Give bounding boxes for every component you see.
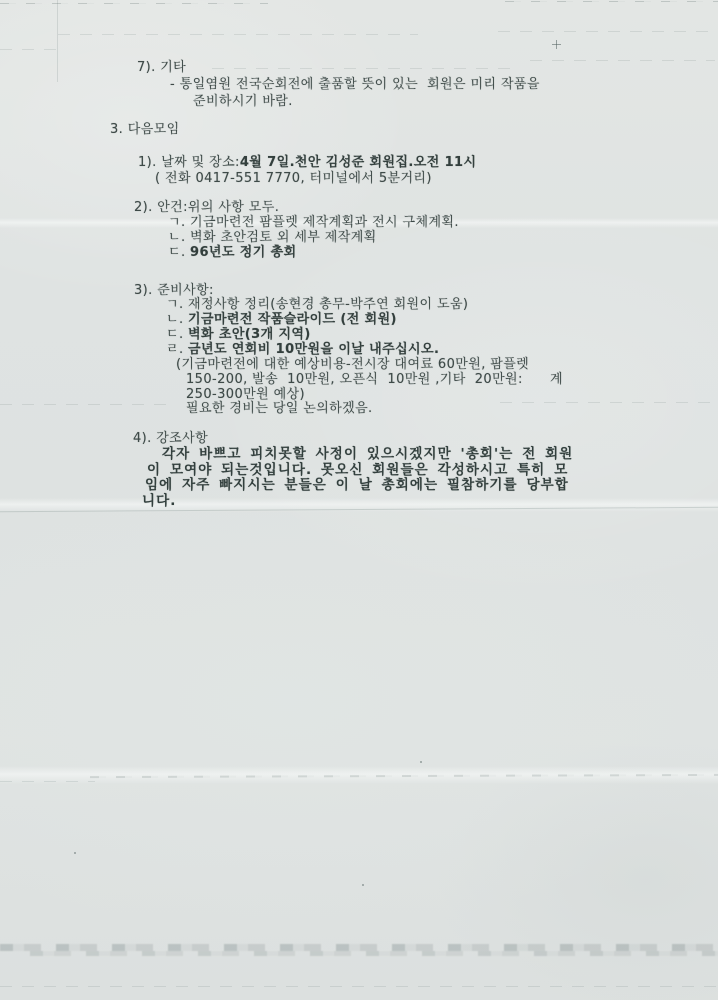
emphasis-line1: 각자 바쁘고 피치못할 사정이 있으시겠지만 '총회'는 전 회원 — [162, 447, 573, 462]
item7-body-line2: 준비하시기 바람. — [193, 95, 293, 109]
paper-fold-edge — [90, 774, 718, 778]
emphasis-line3: 임에 자주 빠지시는 분들은 이 날 총회에는 필참하기를 당부합 — [145, 478, 569, 493]
agenda-item-c-text: 96년도 정기 총회 — [190, 245, 297, 260]
preparation-item-d-text: 금년도 연회비 10만원을 이날 내주십시오. — [188, 342, 439, 357]
preparation-item-d: ㄹ. 금년도 연회비 10만원을 이날 내주십시오. — [166, 343, 439, 357]
paper-fold-edge — [0, 507, 718, 512]
agenda-item-a: ㄱ. 기금마련전 팜플렛 제작계획과 전시 구체계획. — [168, 216, 459, 230]
item7-heading: 7). 기타 — [137, 61, 186, 75]
meeting-date-label: 1). 날짜 및 장소: — [138, 155, 240, 170]
preparation-item-b-text: 기금마련전 작품슬라이드 (전 회원) — [188, 312, 397, 327]
preparation-cost-note2: 150-200, 발송 10만원, 오픈식 10만원 ,기타 20만원: 계 — [186, 373, 563, 387]
crease-line — [505, 1, 718, 2]
crease-line — [500, 402, 718, 403]
preparation-cost-note1: (기금마련전에 대한 예상비용-전시장 대여료 60만원, 팜플렛 — [176, 358, 529, 372]
emphasis-heading: 4). 강조사항 — [133, 432, 208, 446]
agenda-item-c: ㄷ. 96년도 정기 총회 — [168, 246, 297, 260]
plus-mark — [556, 40, 557, 49]
crease-line — [0, 3, 268, 4]
scanned-document-paper: 7). 기타 - 통일염원 전국순회전에 출품할 뜻이 있는 회원은 미리 작품… — [0, 0, 718, 1000]
preparation-item-d-marker: ㄹ. — [166, 342, 188, 357]
meeting-date-line: 1). 날짜 및 장소:4월 7일.천안 김성준 회원집.오전 11시 — [138, 156, 476, 170]
crease-line — [58, 34, 418, 35]
crease-line — [0, 986, 718, 987]
crease-line-vertical — [57, 0, 58, 82]
emphasis-line4: 니다. — [142, 494, 177, 509]
crease-line — [498, 31, 718, 32]
preparation-item-b: ㄴ. 기금마련전 작품슬라이드 (전 회원) — [166, 313, 397, 327]
crease-band — [0, 944, 718, 951]
crease-line — [530, 60, 715, 61]
plus-mark — [552, 44, 561, 45]
item7-body-line1: - 통일염원 전국순회전에 출품할 뜻이 있는 회원은 미리 작품을 — [170, 78, 540, 92]
crease-line — [0, 404, 170, 405]
preparation-item-c: ㄷ. 벽화 초안(3개 지역) — [166, 328, 311, 342]
meeting-phone-line: ( 전화 0417-551 7770, 터미널에서 5분거리) — [155, 172, 432, 186]
preparation-note4: 필요한 경비는 당일 논의하겠음. — [186, 402, 373, 416]
crease-line — [0, 781, 95, 782]
emphasis-line2: 이 모여야 되는것입니다. 못오신 회원들은 각성하시고 특히 모 — [147, 463, 568, 478]
preparation-item-b-marker: ㄴ. — [166, 312, 188, 327]
preparation-item-c-marker: ㄷ. — [166, 327, 188, 342]
paper-fold — [0, 498, 718, 512]
agenda-item-b: ㄴ. 벽화 초안검토 외 세부 제작계획 — [168, 231, 377, 245]
crease-line — [0, 49, 62, 50]
paper-speck — [420, 761, 422, 763]
meeting-date-value: 4월 7일.천안 김성준 회원집.오전 11시 — [240, 155, 477, 170]
preparation-item-a: ㄱ. 재정사항 정리(송현경 총무-박주연 회원이 도움) — [166, 298, 468, 312]
agenda-item-c-marker: ㄷ. — [168, 245, 190, 260]
preparation-item-c-text: 벽화 초안(3개 지역) — [188, 327, 311, 342]
crease-line — [212, 68, 512, 69]
paper-speck — [362, 884, 364, 886]
paper-speck — [74, 852, 76, 854]
crease-band — [30, 951, 718, 956]
paper-fold — [0, 766, 718, 784]
section3-heading: 3. 다음모임 — [110, 123, 180, 137]
agenda-heading: 2). 안건:위의 사항 모두. — [134, 201, 279, 215]
